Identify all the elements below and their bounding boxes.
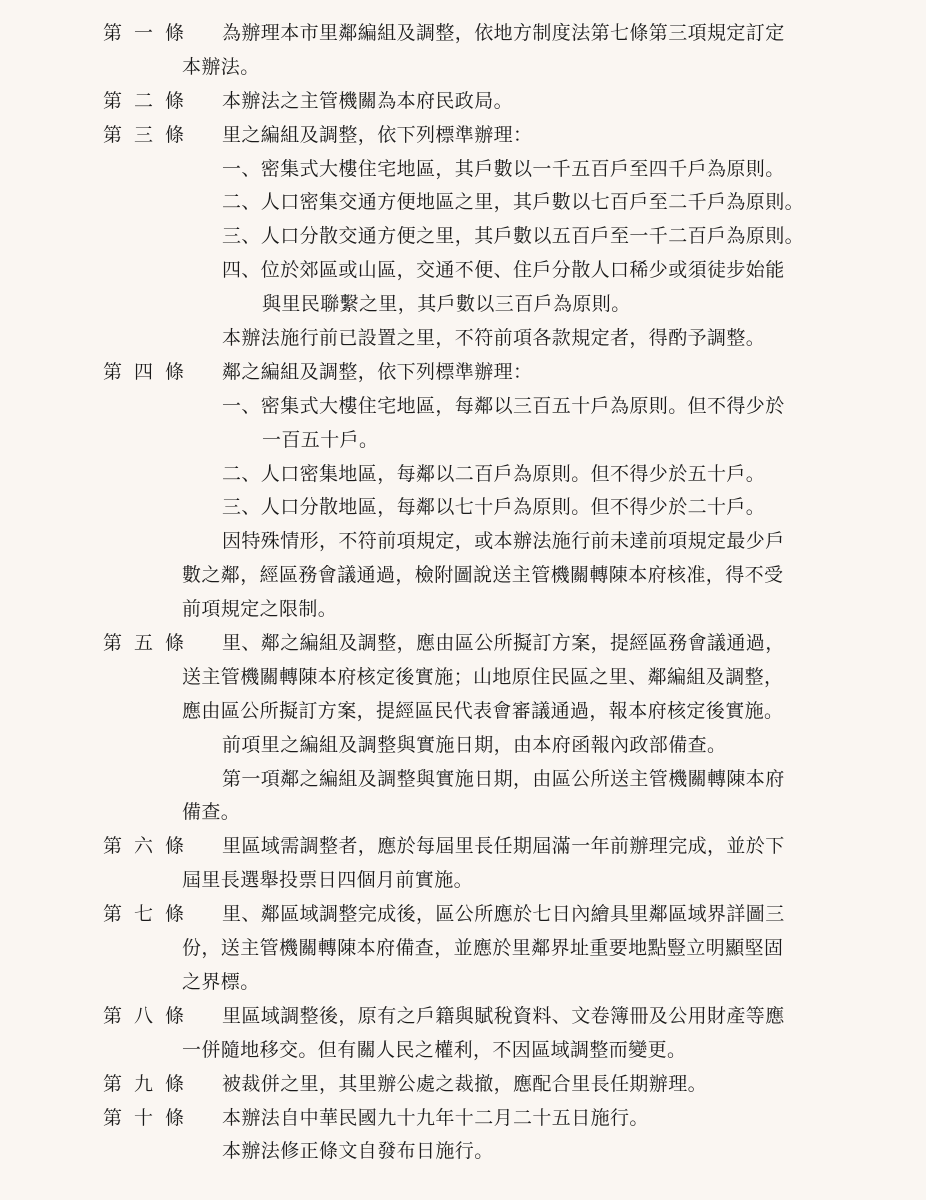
article-label: 第一條 xyxy=(103,17,196,51)
article-10-para-2: 本辦法修正條文自發布日施行。 xyxy=(0,1135,926,1169)
article-text: 送主管機關轉陳本府核定後實施；山地原住民區之里、鄰編組及調整， xyxy=(182,661,783,695)
article-3-item-1: 一、密集式大樓住宅地區，其戶數以一千五百戶至四千戶為原則。 xyxy=(0,153,926,187)
article-text: 屆里長選舉投票日四個月前實施。 xyxy=(182,864,473,898)
article-text: 之界標。 xyxy=(182,966,260,1000)
list-item-text: 一百五十戶。 xyxy=(262,424,378,458)
list-item-text: 三、人口分散地區，每鄰以七十戶為原則。但不得少於二十戶。 xyxy=(222,491,765,525)
article-label: 第九條 xyxy=(103,1068,196,1102)
article-text: 一併隨地移交。但有關人民之權利，不因區域調整而變更。 xyxy=(182,1034,686,1068)
article-text: 前項里之編組及調整與實施日期，由本府函報內政部備查。 xyxy=(222,729,726,763)
article-text: 備查。 xyxy=(182,796,240,830)
article-text: 應由區公所擬訂方案，提經區民代表會審議通過，報本府核定後實施。 xyxy=(182,695,783,729)
list-item-text: 一、密集式大樓住宅地區，其戶數以一千五百戶至四千戶為原則。 xyxy=(222,153,785,187)
article-7-line-1: 第七條 里、鄰區域調整完成後，區公所應於七日內繪具里鄰區域界詳圖三 xyxy=(0,898,926,932)
article-3-item-3: 三、人口分散交通方便之里，其戶數以五百戶至一千二百戶為原則。 xyxy=(0,220,926,254)
article-5-line-2: 送主管機關轉陳本府核定後實施；山地原住民區之里、鄰編組及調整， xyxy=(0,661,926,695)
list-item-text: 一、密集式大樓住宅地區，每鄰以三百五十戶為原則。但不得少於 xyxy=(222,390,785,424)
article-5-para-2: 前項里之編組及調整與實施日期，由本府函報內政部備查。 xyxy=(0,729,926,763)
article-text: 前項規定之限制。 xyxy=(182,593,337,627)
article-5-para-3: 第一項鄰之編組及調整與實施日期，由區公所送主管機關轉陳本府 xyxy=(0,763,926,797)
article-3-item-2: 二、人口密集交通方便地區之里，其戶數以七百戶至二千戶為原則。 xyxy=(0,186,926,220)
list-item-text: 四、位於郊區或山區，交通不便、住戶分散人口稀少或須徒步始能 xyxy=(222,254,785,288)
article-6-line-1: 第六條 里區域需調整者，應於每屆里長任期屆滿一年前辦理完成，並於下 xyxy=(0,830,926,864)
article-7-line-3: 之界標。 xyxy=(0,966,926,1000)
article-3-item-4-cont: 與里民聯繫之里，其戶數以三百戶為原則。 xyxy=(0,288,926,322)
article-7-line-2: 份，送主管機關轉陳本府備查，並應於里鄰界址重要地點豎立明顯堅固 xyxy=(0,932,926,966)
article-label: 第八條 xyxy=(103,1000,196,1034)
article-8-line-2: 一併隨地移交。但有關人民之權利，不因區域調整而變更。 xyxy=(0,1034,926,1068)
regulation-document: 第一條 為辦理本市里鄰編組及調整，依地方制度法第七條第三項規定訂定 本辦法。 第… xyxy=(0,17,926,1169)
article-text: 里之編組及調整，依下列標準辦理： xyxy=(222,119,532,153)
list-item-text: 與里民聯繫之里，其戶數以三百戶為原則。 xyxy=(262,288,631,322)
article-text: 鄰之編組及調整，依下列標準辦理： xyxy=(222,356,532,390)
article-3-para-2: 本辦法施行前已設置之里，不符前項各款規定者，得酌予調整。 xyxy=(0,322,926,356)
article-8-line-1: 第八條 里區域調整後，原有之戶籍與賦稅資料、文卷簿冊及公用財產等應 xyxy=(0,1000,926,1034)
list-item-text: 二、人口密集交通方便地區之里，其戶數以七百戶至二千戶為原則。 xyxy=(222,186,804,220)
article-text: 本辦法施行前已設置之里，不符前項各款規定者，得酌予調整。 xyxy=(222,322,765,356)
article-4-line-1: 第四條 鄰之編組及調整，依下列標準辦理： xyxy=(0,356,926,390)
article-10-line-1: 第十條 本辦法自中華民國九十九年十二月二十五日施行。 xyxy=(0,1102,926,1136)
article-label: 第六條 xyxy=(103,830,196,864)
article-text: 里、鄰區域調整完成後，區公所應於七日內繪具里鄰區域界詳圖三 xyxy=(222,898,785,932)
article-text: 里區域需調整者，應於每屆里長任期屆滿一年前辦理完成，並於下 xyxy=(222,830,785,864)
article-3-item-4: 四、位於郊區或山區，交通不便、住戶分散人口稀少或須徒步始能 xyxy=(0,254,926,288)
article-text: 為辦理本市里鄰編組及調整，依地方制度法第七條第三項規定訂定 xyxy=(222,17,785,51)
article-1-line-2: 本辦法。 xyxy=(0,51,926,85)
article-text: 本辦法自中華民國九十九年十二月二十五日施行。 xyxy=(222,1102,649,1136)
article-text: 因特殊情形，不符前項規定，或本辦法施行前未達前項規定最少戶 xyxy=(222,525,785,559)
article-4-para-2-cont-1: 數之鄰，經區務會議通過，檢附圖說送主管機關轉陳本府核准，得不受 xyxy=(0,559,926,593)
article-4-item-3: 三、人口分散地區，每鄰以七十戶為原則。但不得少於二十戶。 xyxy=(0,491,926,525)
article-5-line-3: 應由區公所擬訂方案，提經區民代表會審議通過，報本府核定後實施。 xyxy=(0,695,926,729)
article-1-line-1: 第一條 為辦理本市里鄰編組及調整，依地方制度法第七條第三項規定訂定 xyxy=(0,17,926,51)
article-9-line-1: 第九條 被裁併之里，其里辦公處之裁撤，應配合里長任期辦理。 xyxy=(0,1068,926,1102)
article-4-item-1-cont: 一百五十戶。 xyxy=(0,424,926,458)
article-label: 第七條 xyxy=(103,898,196,932)
article-text: 本辦法修正條文自發布日施行。 xyxy=(222,1135,494,1169)
article-3-line-1: 第三條 里之編組及調整，依下列標準辦理： xyxy=(0,119,926,153)
article-5-line-1: 第五條 里、鄰之編組及調整，應由區公所擬訂方案，提經區務會議通過， xyxy=(0,627,926,661)
list-item-text: 二、人口密集地區，每鄰以二百戶為原則。但不得少於五十戶。 xyxy=(222,458,765,492)
article-4-item-2: 二、人口密集地區，每鄰以二百戶為原則。但不得少於五十戶。 xyxy=(0,458,926,492)
article-text: 里、鄰之編組及調整，應由區公所擬訂方案，提經區務會議通過， xyxy=(222,627,785,661)
article-label: 第四條 xyxy=(103,356,196,390)
article-4-para-2: 因特殊情形，不符前項規定，或本辦法施行前未達前項規定最少戶 xyxy=(0,525,926,559)
article-4-para-2-cont-2: 前項規定之限制。 xyxy=(0,593,926,627)
article-label: 第五條 xyxy=(103,627,196,661)
article-text: 被裁併之里，其里辦公處之裁撤，應配合里長任期辦理。 xyxy=(222,1068,707,1102)
article-text: 份，送主管機關轉陳本府備查，並應於里鄰界址重要地點豎立明顯堅固 xyxy=(182,932,783,966)
article-2-line-1: 第二條 本辦法之主管機關為本府民政局。 xyxy=(0,85,926,119)
article-5-para-3-cont: 備查。 xyxy=(0,796,926,830)
article-4-item-1: 一、密集式大樓住宅地區，每鄰以三百五十戶為原則。但不得少於 xyxy=(0,390,926,424)
article-6-line-2: 屆里長選舉投票日四個月前實施。 xyxy=(0,864,926,898)
article-text: 本辦法。 xyxy=(182,51,260,85)
article-label: 第三條 xyxy=(103,119,196,153)
article-label: 第十條 xyxy=(103,1102,196,1136)
article-label: 第二條 xyxy=(103,85,196,119)
list-item-text: 三、人口分散交通方便之里，其戶數以五百戶至一千二百戶為原則。 xyxy=(222,220,804,254)
article-text: 數之鄰，經區務會議通過，檢附圖說送主管機關轉陳本府核准，得不受 xyxy=(182,559,783,593)
article-text: 里區域調整後，原有之戶籍與賦稅資料、文卷簿冊及公用財產等應 xyxy=(222,1000,785,1034)
article-text: 第一項鄰之編組及調整與實施日期，由區公所送主管機關轉陳本府 xyxy=(222,763,785,797)
article-text: 本辦法之主管機關為本府民政局。 xyxy=(222,85,513,119)
